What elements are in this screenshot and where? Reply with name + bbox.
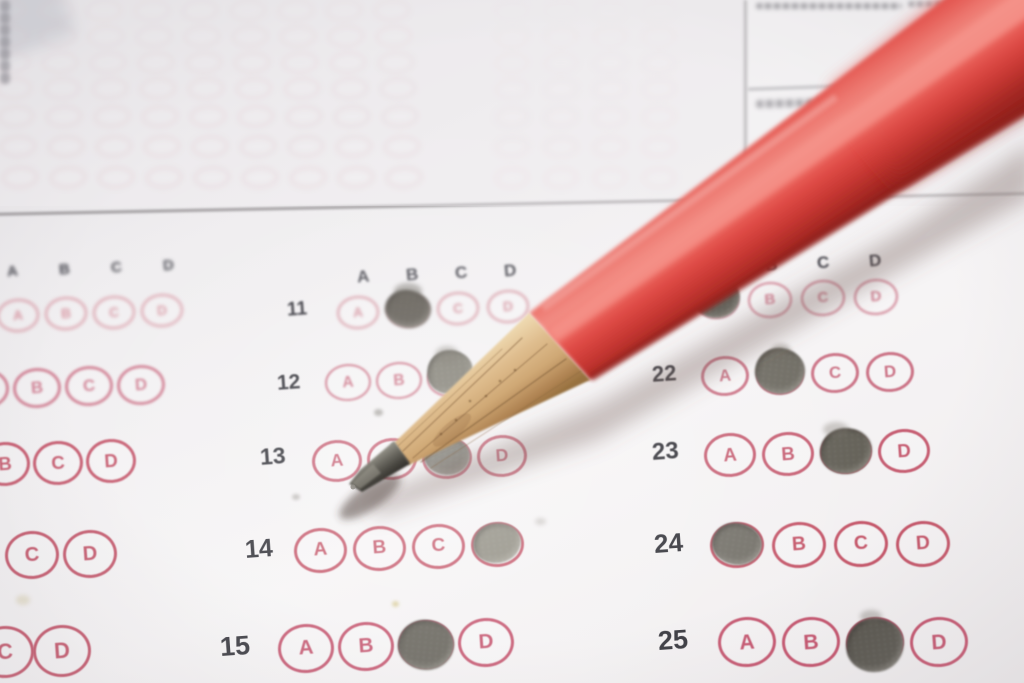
red-pencil [0, 0, 1024, 683]
pencil-highlight [547, 0, 1024, 343]
answer-sheet-photo: ABCDABCDABCDBCDCDCDABCD11ABCD12ABCD13ABC… [0, 0, 1024, 683]
pencil-graphite-point [351, 485, 356, 490]
